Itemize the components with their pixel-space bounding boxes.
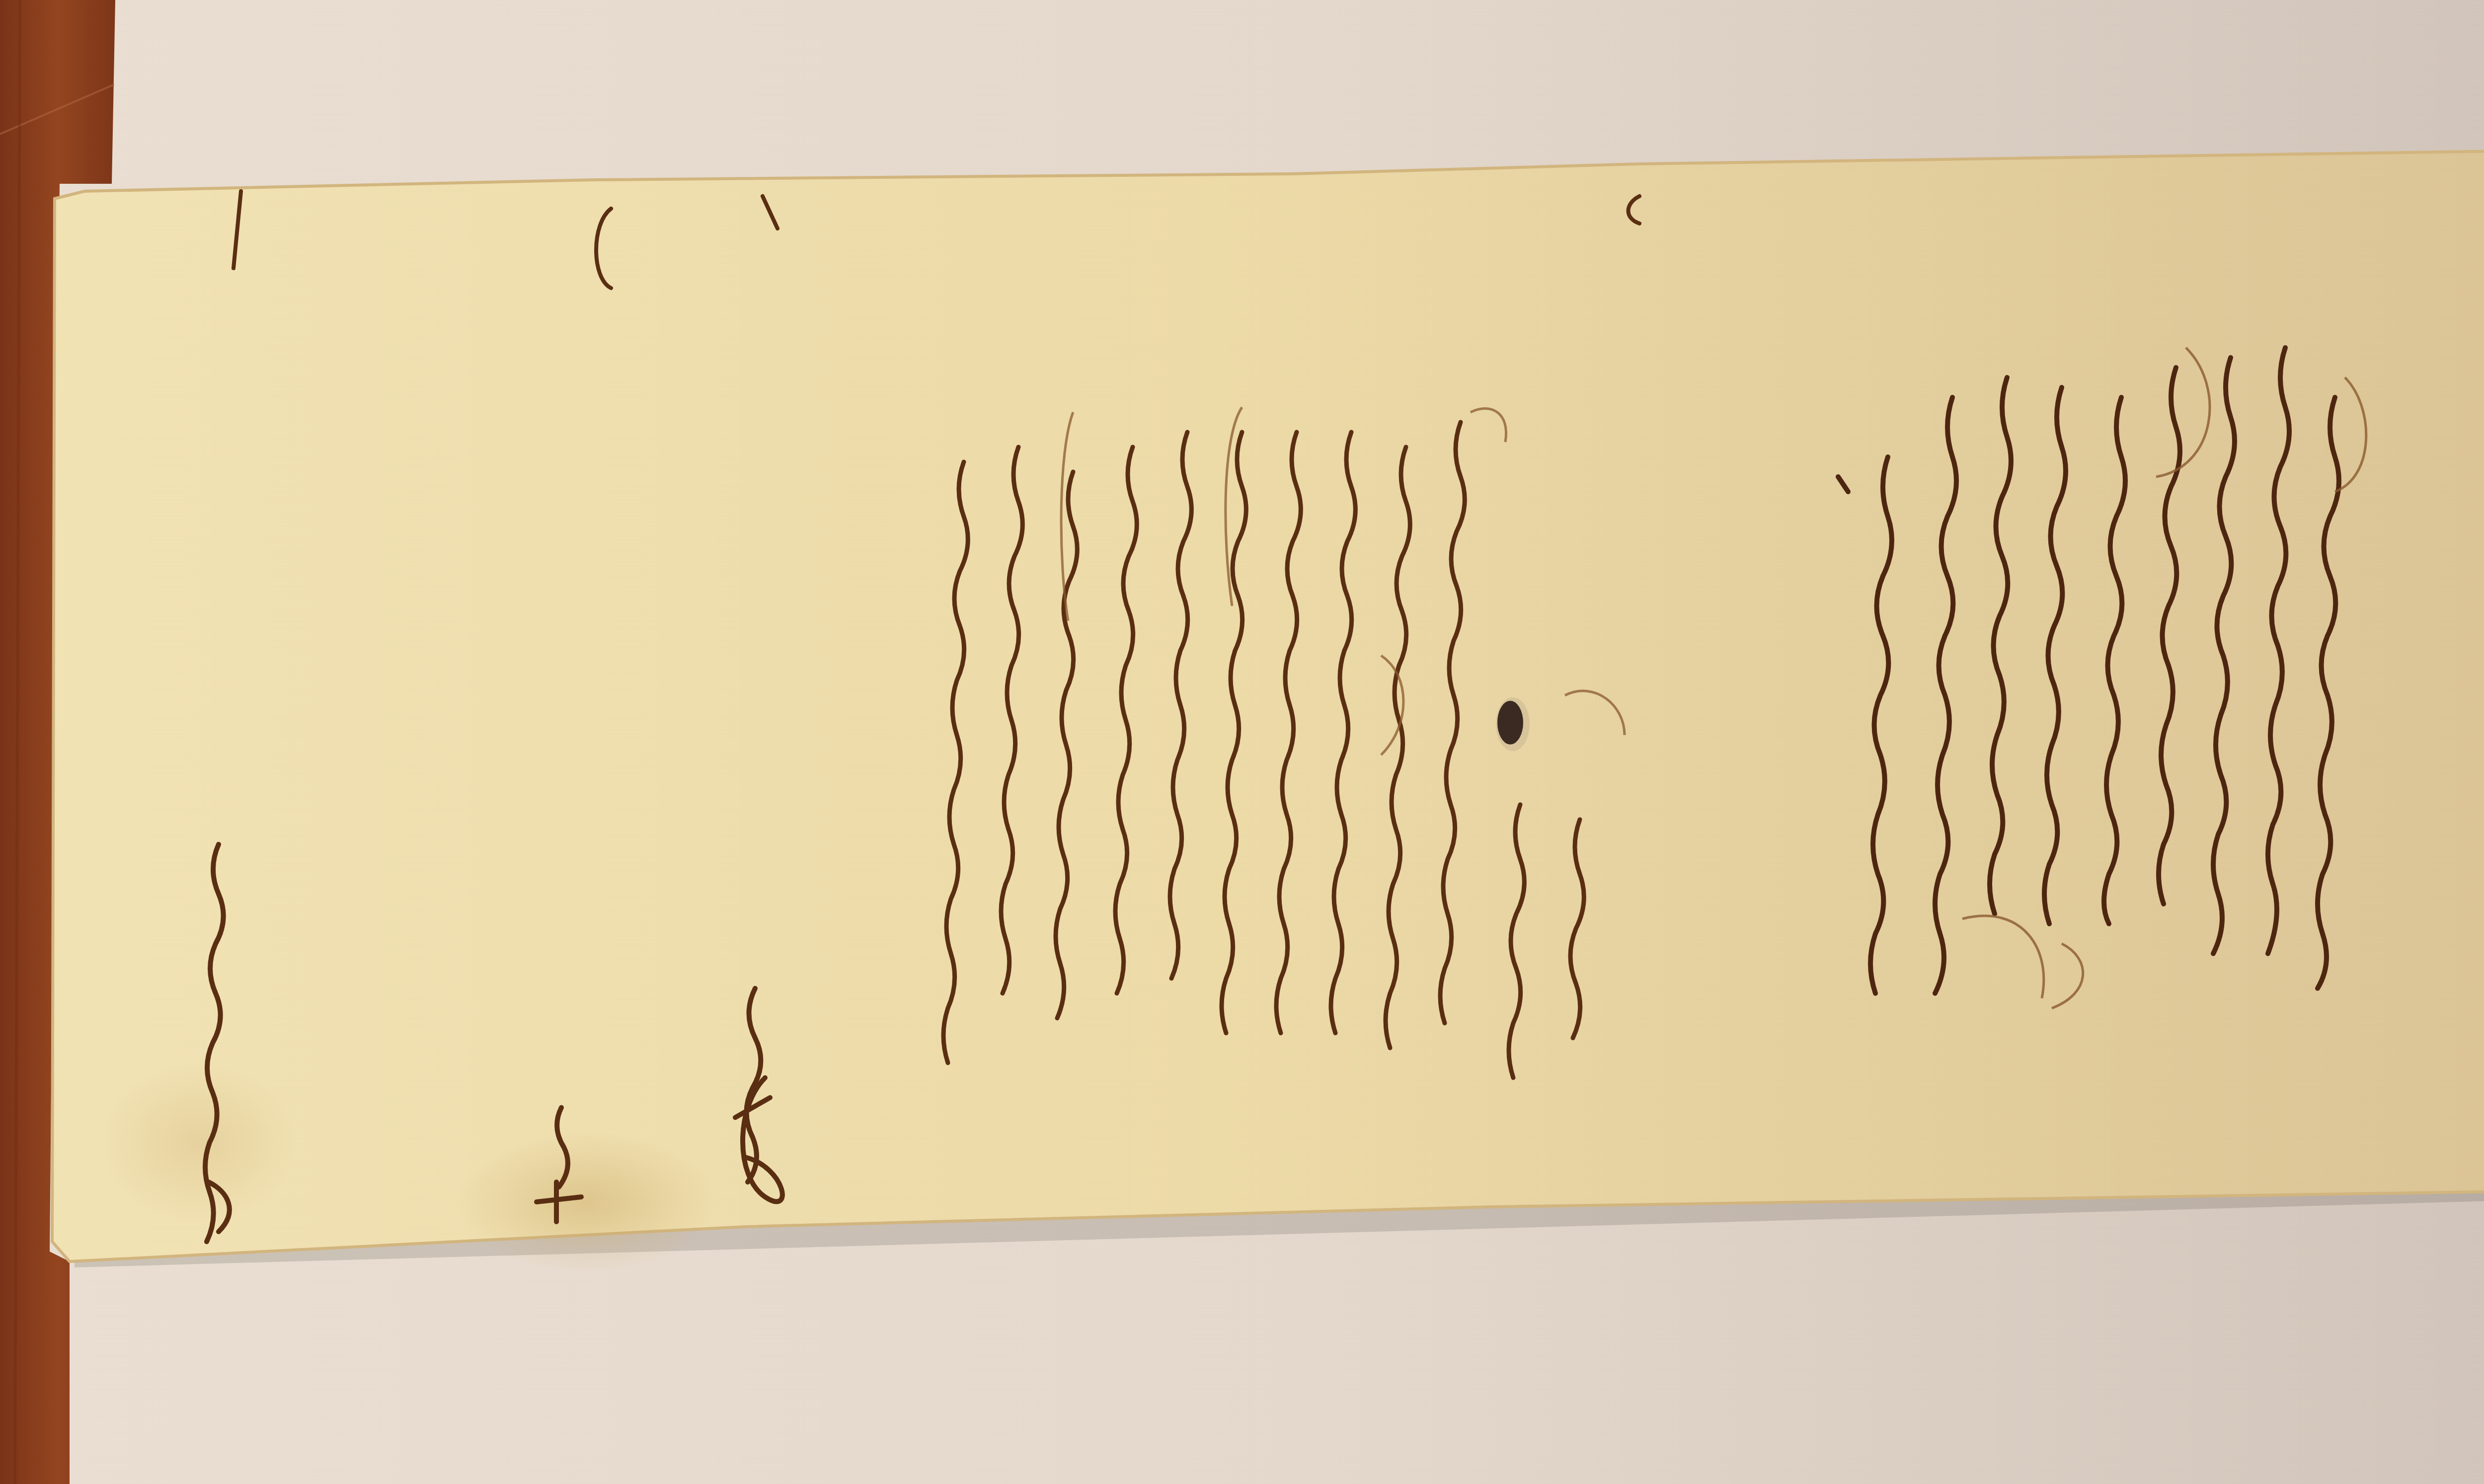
photo-scene: Photograph of a historical handwritten m… (0, 0, 2484, 1484)
parchment-body (52, 149, 2484, 1261)
parchment-sheet (0, 0, 2484, 1484)
parchment-hole-icon (1496, 697, 1530, 751)
